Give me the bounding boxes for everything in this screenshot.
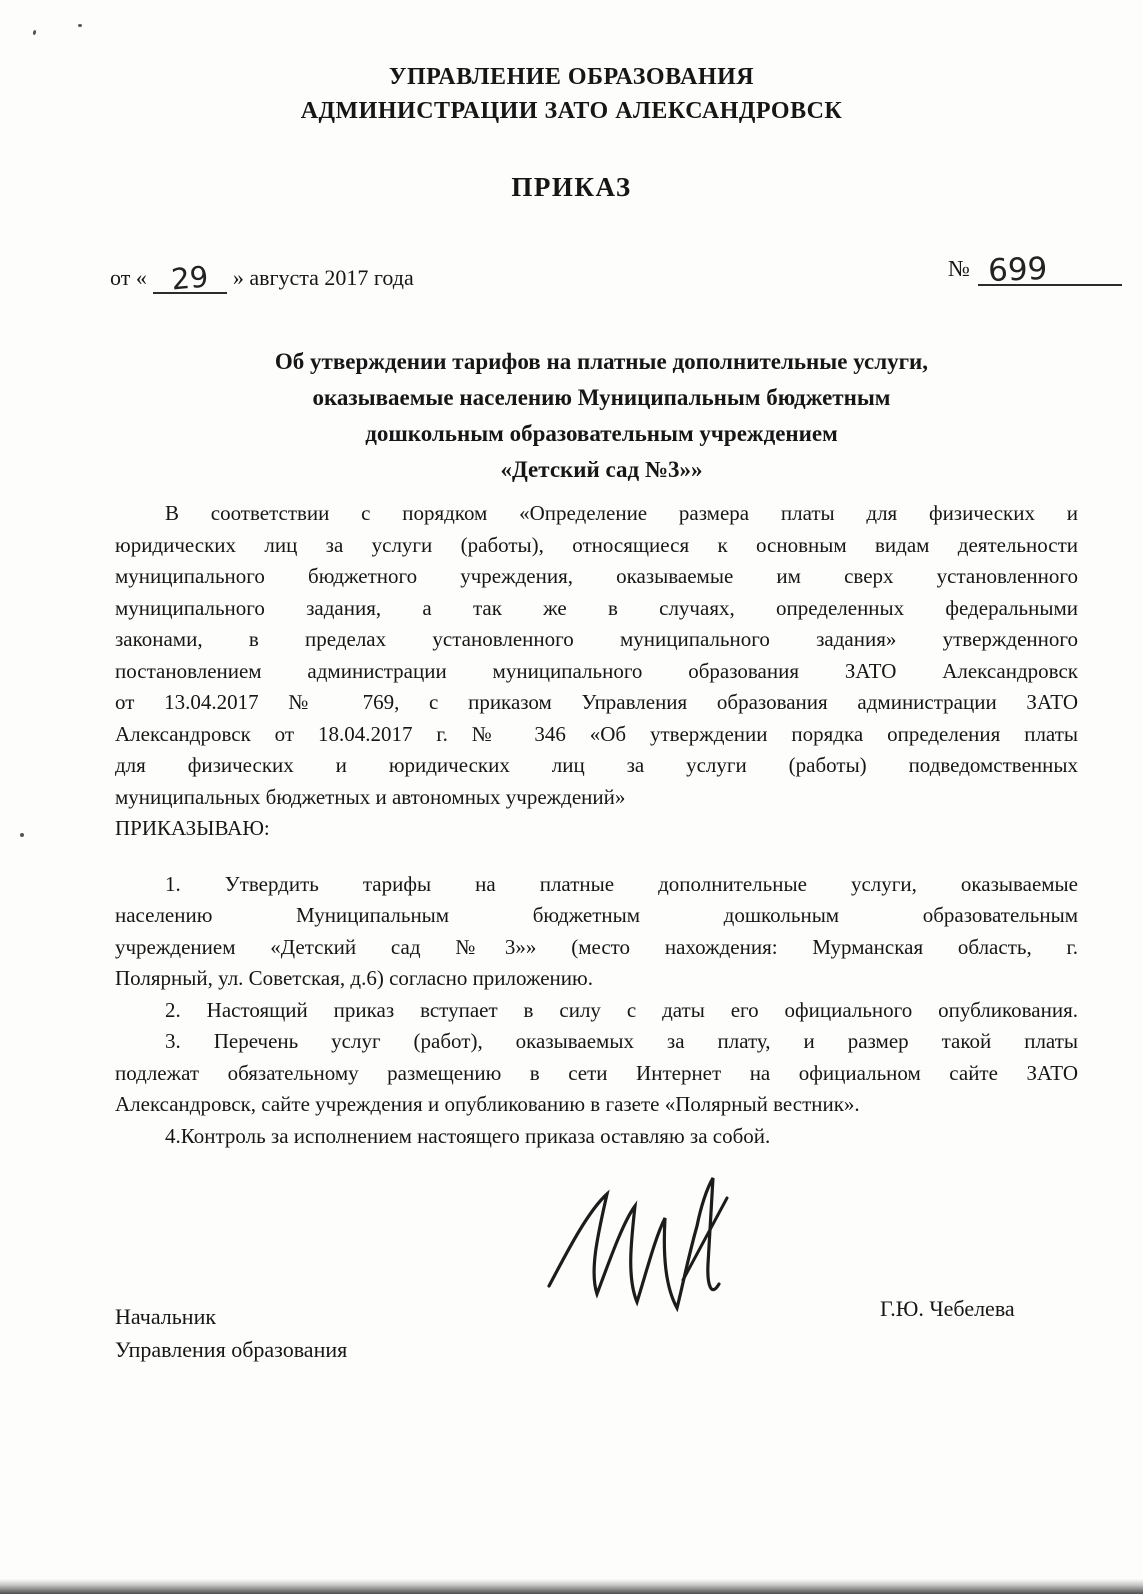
- text-line: Александровск, сайте учреждения и опубли…: [115, 1089, 1078, 1121]
- number-blank: 699: [978, 248, 1122, 286]
- text-line: Полярный, ул. Советская, д.6) согласно п…: [115, 963, 1078, 995]
- text-line: муниципального задания, а так же в случа…: [115, 593, 1078, 625]
- text-line: «Детский сад №3»»: [125, 452, 1078, 488]
- date-day-handwritten: 29: [170, 259, 210, 296]
- document-body: В соответствии с порядком «Определение р…: [115, 498, 1078, 1152]
- document-type-heading: ПРИКАЗ: [0, 172, 1143, 203]
- order-item-3: 3. Перечень услуг (работ), оказываемых з…: [115, 1026, 1078, 1121]
- text-line: подлежат обязательному размещению в сети…: [115, 1058, 1078, 1090]
- text-line: для физических и юридических лиц за услу…: [115, 750, 1078, 782]
- organization-header: УПРАВЛЕНИЕ ОБРАЗОВАНИЯ АДМИНИСТРАЦИИ ЗАТ…: [0, 60, 1143, 128]
- organization-name-line2: АДМИНИСТРАЦИИ ЗАТО АЛЕКСАНДРОВСК: [0, 94, 1143, 128]
- text-line: 2. Настоящий приказ вступает в силу с да…: [115, 995, 1078, 1027]
- date-day-blank: 29: [153, 258, 227, 294]
- document-title: Об утверждении тарифов на платные дополн…: [125, 344, 1078, 488]
- text-line: муниципального бюджетного учреждения, ок…: [115, 561, 1078, 593]
- signer-position-line2: Управления образования: [115, 1333, 347, 1366]
- order-word: ПРИКАЗЫВАЮ:: [115, 813, 1078, 845]
- text-line: оказываемые населению Муниципальным бюдж…: [125, 380, 1078, 416]
- text-line: Об утверждении тарифов на платные дополн…: [125, 344, 1078, 380]
- scan-speck: [78, 24, 82, 27]
- date-prefix: от «: [110, 265, 147, 290]
- text-line: 4.Контроль за исполнением настоящего при…: [115, 1121, 1078, 1153]
- text-line: населению Муниципальным бюджетным дошкол…: [115, 900, 1078, 932]
- signer-name: Г.Ю. Чебелева: [880, 1296, 1015, 1322]
- text-line: учреждением «Детский сад №3»» (место нах…: [115, 932, 1078, 964]
- order-item-4: 4.Контроль за исполнением настоящего при…: [115, 1121, 1078, 1153]
- text-line: дошкольным образовательным учреждением: [125, 416, 1078, 452]
- date-suffix: » августа 2017 года: [233, 265, 414, 290]
- document-number-line: №699: [948, 248, 1122, 286]
- scan-edge-shadow: [0, 1579, 1143, 1594]
- text-line: юридических лиц за услуги (работы), отно…: [115, 530, 1078, 562]
- signature-autograph: [545, 1168, 745, 1313]
- text-line: 1. Утвердить тарифы на платные дополните…: [115, 869, 1078, 901]
- order-items: 1. Утвердить тарифы на платные дополните…: [115, 869, 1078, 1153]
- text-line: Александровск от 18.04.2017 г. № 346 «Об…: [115, 719, 1078, 751]
- text-line: законами, в пределах установленного муни…: [115, 624, 1078, 656]
- intro-paragraph: В соответствии с порядком «Определение р…: [115, 498, 1078, 813]
- organization-name-line1: УПРАВЛЕНИЕ ОБРАЗОВАНИЯ: [0, 60, 1143, 94]
- order-item-2: 2. Настоящий приказ вступает в силу с да…: [115, 995, 1078, 1027]
- text-line: В соответствии с порядком «Определение р…: [115, 498, 1078, 530]
- text-line: постановлением администрации муниципальн…: [115, 656, 1078, 688]
- text-line: 3. Перечень услуг (работ), оказываемых з…: [115, 1026, 1078, 1058]
- document-date-line: от «29» августа 2017 года: [110, 258, 414, 294]
- order-item-1: 1. Утвердить тарифы на платные дополните…: [115, 869, 1078, 995]
- scan-speck: [32, 30, 36, 36]
- number-handwritten: 699: [987, 251, 1047, 289]
- scan-speck: [20, 833, 24, 837]
- number-sign: №: [948, 256, 970, 281]
- text-line: муниципальных бюджетных и автономных учр…: [115, 782, 1078, 814]
- scanned-order-page: УПРАВЛЕНИЕ ОБРАЗОВАНИЯ АДМИНИСТРАЦИИ ЗАТ…: [0, 0, 1143, 1594]
- signer-position: Начальник Управления образования: [115, 1300, 347, 1366]
- signer-position-line1: Начальник: [115, 1300, 347, 1333]
- text-line: от 13.04.2017 № 769, с приказом Управлен…: [115, 687, 1078, 719]
